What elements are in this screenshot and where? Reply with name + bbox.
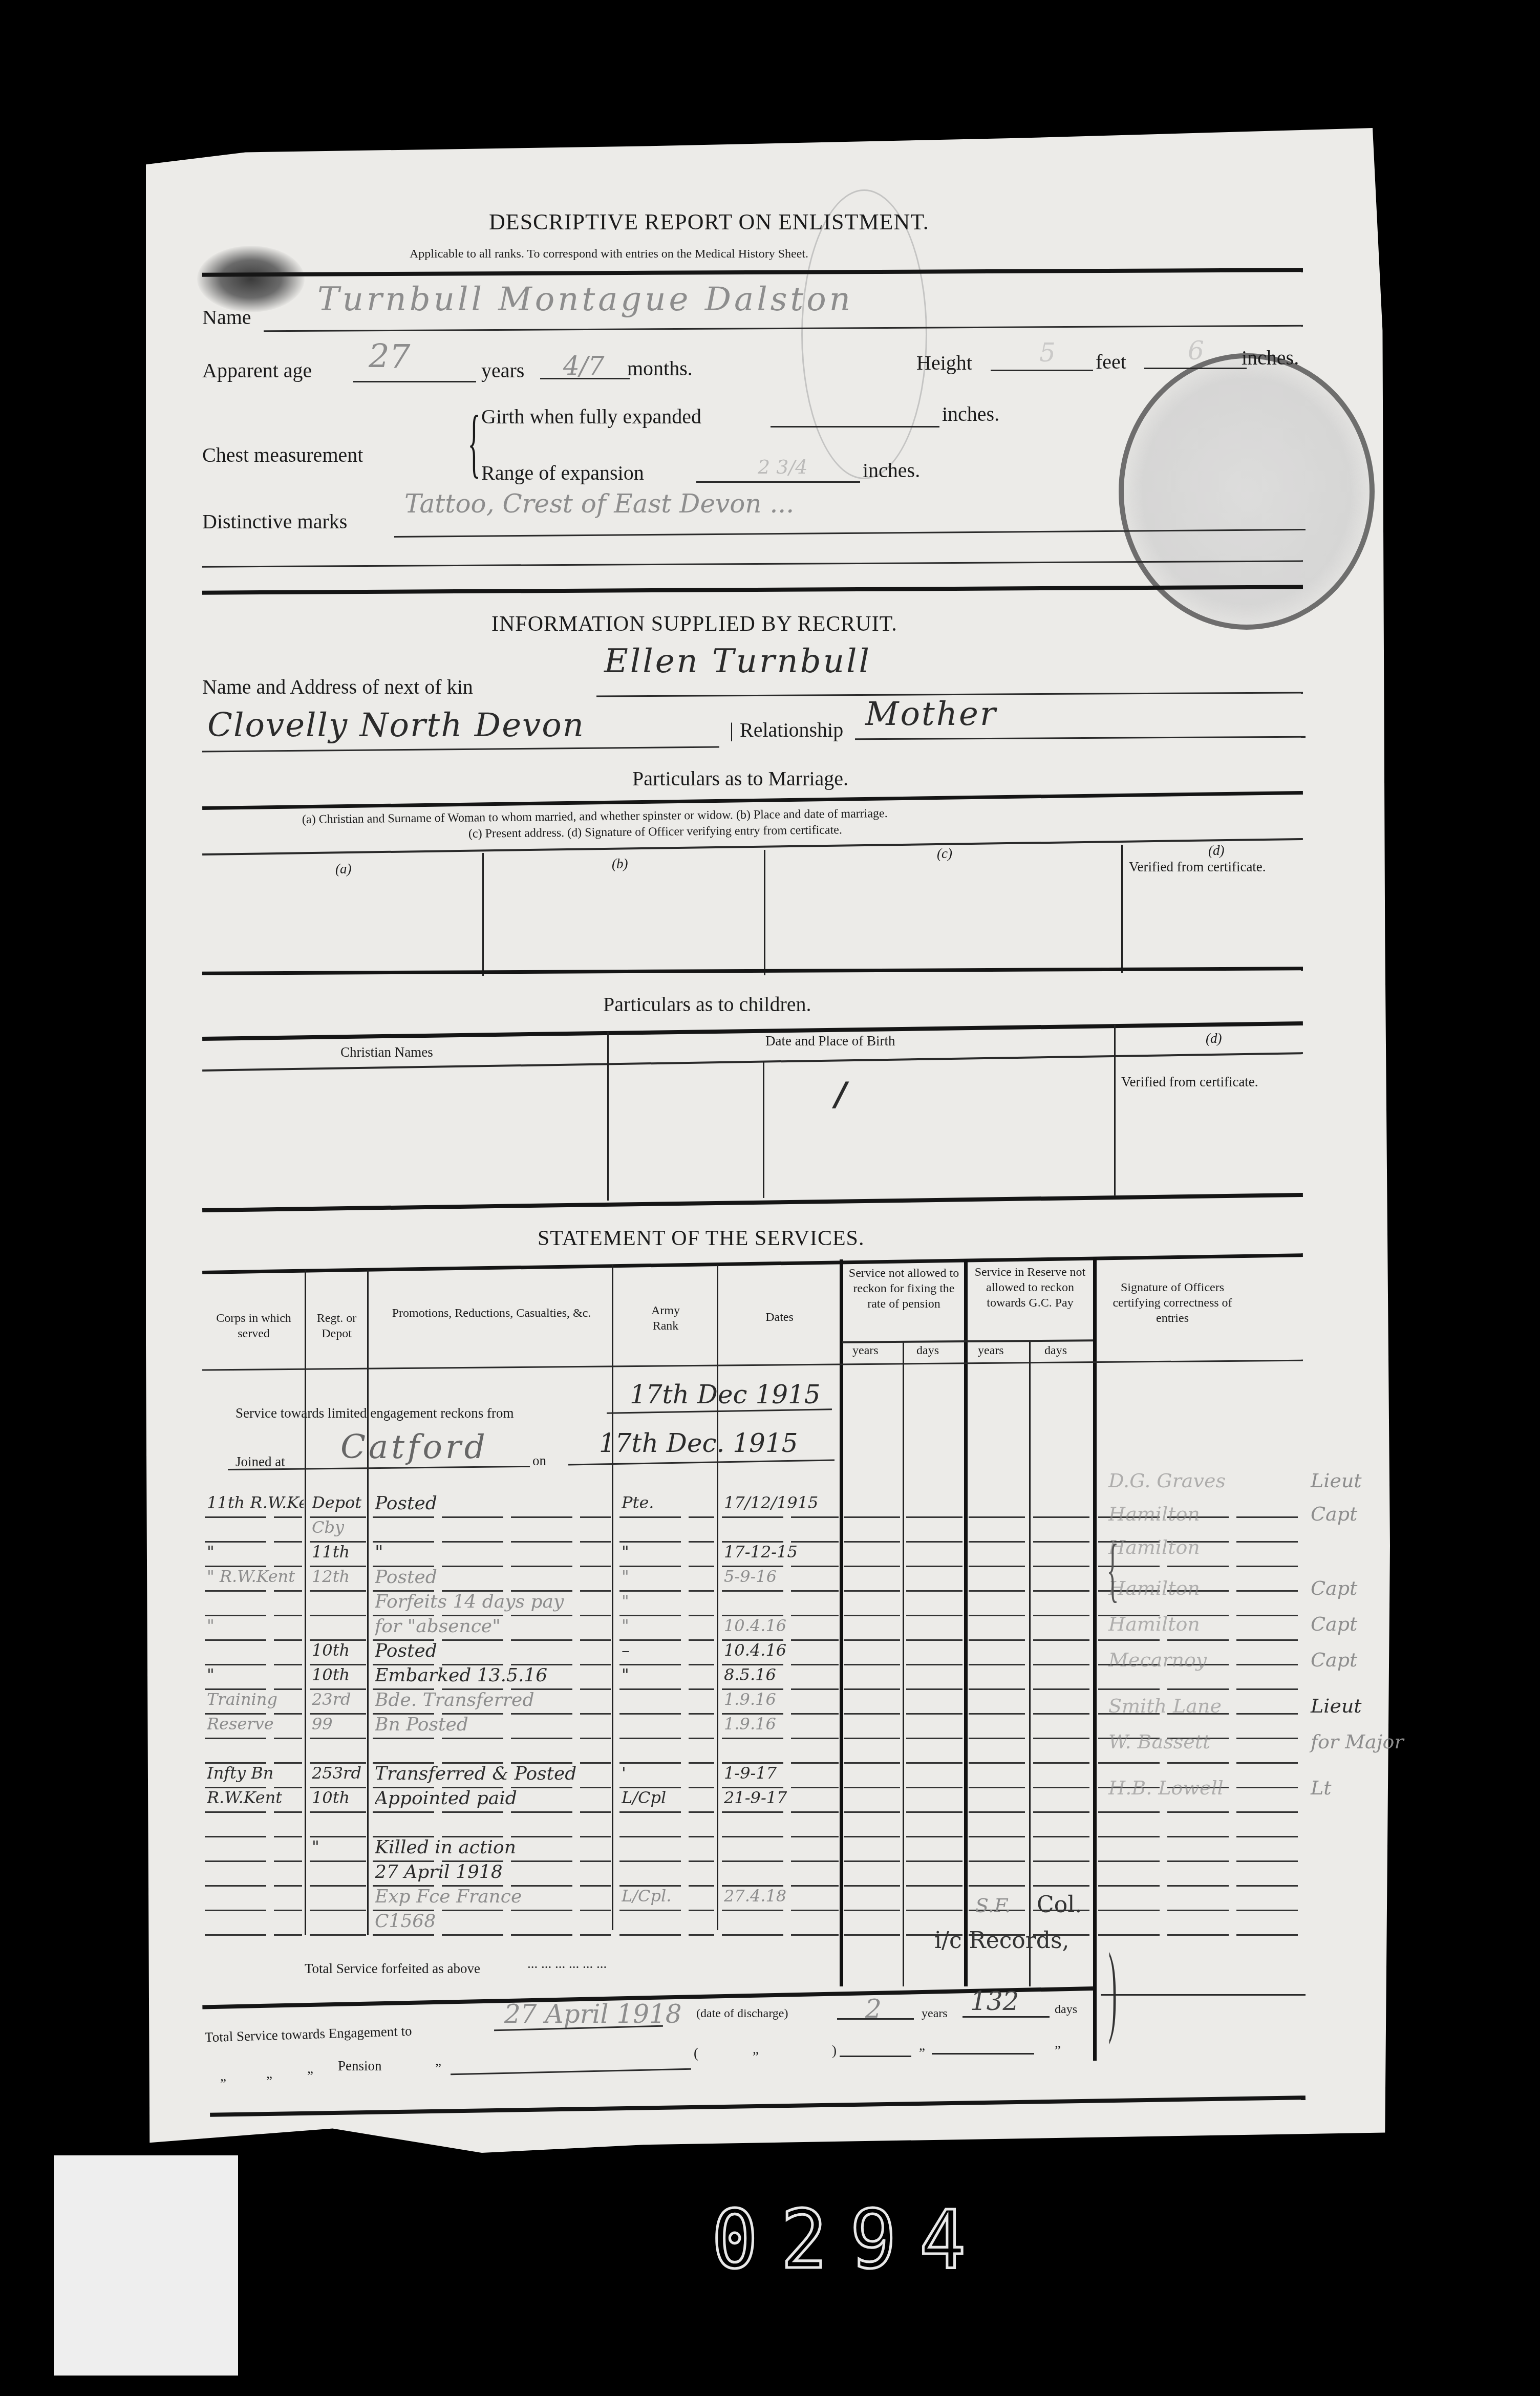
row-rule [906, 1836, 963, 1837]
col-corps: Corps in which served [204, 1311, 304, 1341]
relationship-value: Mother [865, 695, 997, 733]
cell-promo: Bn Posted [375, 1714, 468, 1735]
column-divider [763, 1062, 764, 1198]
pension-paren-open: ( [694, 2045, 698, 2061]
column-divider [607, 1032, 609, 1201]
pension-years-line [840, 2056, 911, 2057]
cell-rank: L/Cpl. [622, 1886, 671, 1906]
cell-promo: for "absence" [375, 1616, 501, 1637]
cell-regt: 10th [312, 1665, 350, 1684]
row-rule [1098, 1910, 1303, 1911]
row-rule [310, 1885, 366, 1887]
children-col-birth: Date and Place of Birth [765, 1033, 895, 1049]
row-rule [205, 1664, 302, 1665]
row-rule [1033, 1738, 1089, 1739]
row-rule [619, 1590, 714, 1592]
pension-label: Pension [338, 2058, 382, 2074]
months-label: months. [627, 356, 693, 380]
officer-signature: Mecarnoy [1108, 1649, 1207, 1671]
cell-date: 27.4.18 [724, 1886, 786, 1906]
children-col-names: Christian Names [340, 1044, 433, 1060]
officer-signature: Hamilton [1108, 1536, 1200, 1558]
cell-regt: 99 [312, 1714, 333, 1734]
col-signature: Signature of Officers certifying correct… [1101, 1280, 1244, 1326]
row-rule [310, 1615, 366, 1616]
cell-regt: 253rd [312, 1763, 361, 1783]
row-rule [205, 1590, 302, 1592]
joined-place: Catford [340, 1428, 488, 1466]
years-label: years [481, 358, 524, 382]
next-of-kin-address: Clovelly North Devon [207, 707, 585, 744]
row-rule [373, 1934, 611, 1936]
row-rule [205, 1516, 302, 1518]
row-rule [1098, 1860, 1303, 1862]
row-rule [844, 1910, 900, 1911]
next-of-kin-label: Name and Address of next of kin [202, 675, 473, 699]
row-rule [1033, 1541, 1089, 1543]
row-rule [844, 1713, 900, 1715]
marriage-verified-label: Verified from certificate. [1129, 859, 1266, 875]
girth-unit: inches. [942, 402, 999, 426]
col-rank: Army Rank [637, 1303, 694, 1334]
row-rule [619, 1516, 714, 1518]
cell-rank: " [622, 1616, 629, 1635]
row-rule [205, 1860, 302, 1862]
cell-date: 17-12-15 [724, 1542, 798, 1561]
row-rule [619, 1811, 714, 1813]
cell-date: 1-9-17 [724, 1763, 777, 1783]
col-days-1: days [916, 1344, 939, 1358]
cell-rank: " [622, 1542, 629, 1561]
film-label-card [54, 2155, 238, 2376]
col-regt: Regt. or Depot [307, 1311, 366, 1341]
cell-date: 10.4.16 [724, 1640, 786, 1660]
row-rule [310, 1590, 366, 1592]
row-rule [619, 1934, 714, 1936]
row-rule [844, 1762, 900, 1764]
cell-rank: " [622, 1567, 629, 1586]
row-rule [205, 1639, 302, 1641]
girth-line [771, 426, 939, 427]
height-feet-line [991, 370, 1093, 371]
cell-corps: " R.W.Kent [207, 1567, 295, 1586]
column-divider [1121, 845, 1123, 973]
row-rule [844, 1664, 900, 1665]
column-divider [612, 1265, 613, 1930]
discharge-label: (date of discharge) [696, 2007, 788, 2021]
row-rule [844, 1688, 900, 1690]
row-rule [844, 1516, 900, 1518]
cell-promo: Embarked 13.5.16 [375, 1665, 547, 1686]
services-header: STATEMENT OF THE SERVICES. [538, 1226, 864, 1251]
row-rule [619, 1566, 714, 1567]
officer-signature: Hamilton [1108, 1577, 1200, 1599]
column-divider [367, 1270, 369, 1935]
row-rule [969, 1664, 1025, 1665]
cell-corps: Infty Bn [207, 1763, 273, 1783]
row-rule [906, 1910, 963, 1911]
row-rule [969, 1885, 1025, 1887]
row-rule [1033, 1590, 1089, 1592]
joined-date: 17th Dec. 1915 [599, 1428, 798, 1458]
row-rule [619, 1860, 714, 1862]
row-rule [969, 1738, 1025, 1739]
row-rule [969, 1762, 1025, 1764]
row-rule [1098, 1639, 1303, 1641]
row-rule [205, 1615, 302, 1616]
stamp-records: i/c Records, [934, 1928, 1070, 1954]
row-rule [906, 1762, 963, 1764]
row-rule [906, 1639, 963, 1641]
col-dates: Dates [722, 1311, 837, 1324]
cell-regt: Cby [312, 1517, 344, 1537]
row-rule [619, 1688, 714, 1690]
row-rule [844, 1860, 900, 1862]
cell-corps: R.W.Kent [207, 1788, 282, 1807]
row-rule [205, 1811, 302, 1813]
row-rule [844, 1885, 900, 1887]
cell-rank: " [622, 1591, 629, 1611]
cell-corps: " [207, 1616, 215, 1635]
signature-brace: { [1107, 1528, 1119, 1611]
officer-title: Capt [1311, 1649, 1357, 1671]
name-label: Name [202, 305, 251, 329]
officer-signature: D.G. Graves [1108, 1469, 1226, 1492]
cell-date: 17/12/1915 [724, 1493, 818, 1512]
row-rule [205, 1836, 302, 1837]
row-rule [844, 1934, 900, 1936]
marks-label: Distinctive marks [202, 509, 347, 533]
row-rule [969, 1860, 1025, 1862]
relationship-label: Relationship [740, 718, 843, 742]
row-rule [619, 1762, 714, 1764]
row-rule [722, 1738, 839, 1739]
cell-promo: Posted [375, 1567, 437, 1588]
cell-promo: Bde. Transferred [375, 1689, 534, 1710]
cell-date: 10.4.16 [724, 1616, 786, 1635]
row-rule [906, 1541, 963, 1543]
total-days-line [963, 2016, 1050, 2018]
row-rule [1033, 1762, 1089, 1764]
ink-stain [197, 246, 305, 312]
row-rule [844, 1639, 900, 1641]
ditto-7: ” [1055, 2043, 1061, 2059]
row-rule [205, 1738, 302, 1739]
cell-rank: " [622, 1665, 629, 1684]
total-days-value: 132 [970, 1986, 1019, 2016]
col-days-2: days [1044, 1344, 1067, 1358]
row-rule [969, 1541, 1025, 1543]
row-rule [310, 1738, 366, 1739]
row-rule [722, 1934, 839, 1936]
marriage-col-b: (b) [612, 856, 628, 872]
row-rule [722, 1910, 839, 1911]
row-rule [373, 1516, 611, 1518]
reckons-value: 17th Dec 1915 [630, 1380, 821, 1409]
row-rule [844, 1590, 900, 1592]
officer-title: for Major [1311, 1730, 1404, 1753]
row-rule [205, 1910, 302, 1911]
row-rule [844, 1615, 900, 1616]
row-rule [619, 1639, 714, 1641]
row-rule [722, 1811, 839, 1813]
row-rule [1098, 1885, 1303, 1887]
row-rule [619, 1615, 714, 1616]
marriage-col-a: (a) [335, 861, 351, 877]
row-rule [969, 1516, 1025, 1518]
row-rule [906, 1688, 963, 1690]
cell-date: 1.9.16 [724, 1689, 776, 1709]
cell-promo: Appointed paid [375, 1788, 517, 1809]
row-rule [619, 1836, 714, 1837]
cell-rank: L/Cpl [622, 1788, 666, 1807]
column-divider [1029, 1341, 1031, 1986]
officer-title: Lieut [1311, 1695, 1362, 1717]
cell-corps: " [207, 1665, 215, 1684]
column-divider [964, 1259, 968, 1986]
children-verified-label: Verified from certificate. [1121, 1074, 1258, 1090]
row-rule [310, 1910, 366, 1911]
row-rule [1033, 1836, 1089, 1837]
row-rule [1098, 1688, 1303, 1690]
cell-promo: 27 April 1918 [375, 1862, 503, 1882]
ditto-2: ” [266, 2073, 272, 2089]
row-rule [969, 1836, 1025, 1837]
range-label: Range of expansion [481, 461, 644, 485]
reckons-label: Service towards limited engagement recko… [236, 1405, 514, 1421]
row-rule [969, 1590, 1025, 1592]
cell-corps: Reserve [207, 1714, 274, 1734]
marks-value: Tattoo, Crest of East Devon ... [404, 489, 794, 519]
girth-label: Girth when fully expanded [481, 404, 701, 429]
column-divider [1114, 1024, 1116, 1195]
cell-rank: – [622, 1640, 630, 1660]
on-label: on [532, 1453, 546, 1469]
cell-date: 5-9-16 [724, 1567, 777, 1586]
marriage-col-c: (c) [937, 846, 952, 862]
cell-promo: Killed in action [375, 1837, 516, 1858]
row-rule [722, 1590, 839, 1592]
cell-rank: ' [622, 1763, 626, 1783]
document-page [146, 128, 1390, 2153]
column-divider [903, 1341, 904, 1986]
cell-regt: " [312, 1837, 319, 1856]
row-rule [310, 1934, 366, 1936]
page-subtitle: Applicable to all ranks. To correspond w… [410, 247, 808, 261]
row-rule [844, 1787, 900, 1788]
marriage-col-d: (d) [1208, 843, 1224, 859]
cell-date: 8.5.16 [724, 1665, 776, 1684]
row-rule [205, 1885, 302, 1887]
row-rule [906, 1787, 963, 1788]
row-rule [1098, 1762, 1303, 1764]
cell-promo: C1568 [375, 1911, 436, 1932]
row-rule [373, 1541, 611, 1543]
signature-total-line [1101, 1994, 1306, 1996]
officer-title: Capt [1311, 1613, 1357, 1635]
recruit-info-header: INFORMATION SUPPLIED BY RECRUIT. [491, 612, 897, 636]
row-rule [906, 1860, 963, 1862]
ditto-6: ” [919, 2045, 925, 2061]
officer-title: Lt [1311, 1777, 1332, 1799]
marriage-header: Particulars as to Marriage. [632, 766, 848, 790]
cell-promo: Exp Fce France [375, 1886, 522, 1907]
chest-label: Chest measurement [202, 443, 363, 467]
range-value: 2 3/4 [758, 456, 807, 478]
row-rule [1033, 1713, 1089, 1715]
frame-number-text: 0294 [712, 2199, 989, 2280]
days-label: days [1055, 2003, 1077, 2017]
range-line [696, 481, 860, 483]
row-rule [205, 1934, 302, 1936]
age-label: Apparent age [202, 358, 312, 382]
frame-number: 0294 [712, 2201, 989, 2278]
officer-signature: Hamilton [1108, 1503, 1200, 1525]
stamp-col: Col. [1037, 1892, 1082, 1918]
col-not-allowed: Service not allowed to reckon for fixing… [844, 1266, 964, 1312]
col-promotions: Promotions, Reductions, Casualties, &c. [374, 1306, 609, 1321]
next-of-kin-name: Ellen Turnbull [604, 643, 871, 680]
cell-promo: Forfeits 14 days pay [375, 1591, 564, 1612]
pension-paren-close: ) [832, 2043, 837, 2059]
pension-days-line [932, 2053, 1034, 2055]
cell-regt: 12th [312, 1567, 350, 1586]
row-rule [373, 1811, 611, 1813]
col-years-2: years [978, 1344, 1004, 1358]
chest-brace: { [467, 404, 480, 481]
row-rule [969, 1787, 1025, 1788]
children-entry-mark: / [835, 1075, 846, 1114]
row-rule [969, 1713, 1025, 1715]
row-rule [619, 1541, 714, 1543]
col-years-1: years [852, 1344, 879, 1358]
height-inches-line [1144, 368, 1247, 369]
column-divider [764, 850, 765, 975]
officer-title: Capt [1311, 1503, 1357, 1525]
row-rule [844, 1836, 900, 1837]
row-rule [205, 1541, 302, 1543]
stamp-brace: ) [1108, 1930, 1117, 2047]
row-rule [906, 1590, 963, 1592]
total-to-value: 27 April 1918 [504, 1999, 682, 2029]
row-rule [969, 1688, 1025, 1690]
separator: | [730, 718, 734, 742]
row-rule [1033, 1885, 1089, 1887]
row-rule [844, 1738, 900, 1739]
officer-signature: H.B. Lowell [1108, 1777, 1224, 1799]
row-rule [1098, 1566, 1303, 1567]
cell-regt: 10th [312, 1640, 350, 1660]
height-label: Height [916, 351, 972, 375]
name-value: Turnbull Montague Dalston [317, 281, 853, 318]
cell-regt: 10th [312, 1788, 350, 1807]
row-rule [619, 1910, 714, 1911]
row-rule [1033, 1566, 1089, 1567]
row-rule [906, 1566, 963, 1567]
row-rule [310, 1811, 366, 1813]
row-rule [969, 1615, 1025, 1616]
row-rule [906, 1615, 963, 1616]
officer-signature: Hamilton [1108, 1613, 1200, 1635]
row-rule [844, 1566, 900, 1567]
column-divider [840, 1259, 843, 1986]
row-rule [1098, 1934, 1303, 1936]
age-years-value: 27 [369, 338, 410, 376]
row-rule [906, 1738, 963, 1739]
cell-corps: " [207, 1542, 215, 1561]
row-rule [906, 1664, 963, 1665]
cell-promo: Posted [375, 1640, 437, 1661]
officer-signature: Smith Lane [1108, 1695, 1222, 1717]
cell-promo: Transferred & Posted [375, 1763, 576, 1784]
children-col-d: (d) [1206, 1031, 1222, 1046]
row-rule [1033, 1811, 1089, 1813]
height-inches-value: 6 [1188, 336, 1204, 366]
page-title: DESCRIPTIVE REPORT ON ENLISTMENT. [489, 209, 929, 235]
cell-regt: 11th [312, 1542, 350, 1561]
row-rule [722, 1860, 839, 1862]
row-rule [906, 1885, 963, 1887]
row-rule [906, 1713, 963, 1715]
ditto-1: ” [220, 2076, 226, 2092]
forfeited-label: Total Service forfeited as above [305, 1961, 480, 1977]
row-rule [844, 1541, 900, 1543]
row-rule [969, 1566, 1025, 1567]
cell-promo: " [375, 1542, 383, 1563]
row-rule [1033, 1639, 1089, 1641]
row-rule [1098, 1811, 1303, 1813]
cell-rank: Pte. [622, 1493, 654, 1512]
joined-label: Joined at [236, 1454, 285, 1470]
cell-corps: 11th R.W.Kent [207, 1493, 304, 1512]
cell-promo: Posted [375, 1493, 437, 1514]
ditto-4: ” [435, 2061, 441, 2077]
officer-signature: W. Bassett [1108, 1730, 1210, 1753]
stamp-initials: S.F. [975, 1894, 1011, 1917]
feet-label: feet [1096, 350, 1126, 374]
total-years-line [837, 2018, 914, 2020]
cell-regt: 23rd [312, 1689, 351, 1709]
column-divider [1093, 1257, 1097, 2061]
officer-title: Capt [1311, 1577, 1357, 1599]
ditto-3: ” [307, 2068, 313, 2084]
row-rule [1033, 1688, 1089, 1690]
forfeited-dots: ... ... ... ... ... ... [527, 1956, 607, 1972]
row-rule [1033, 1615, 1089, 1616]
row-rule [969, 1639, 1025, 1641]
age-months-value: 4/7 [563, 351, 604, 381]
children-header: Particulars as to children. [603, 992, 811, 1016]
years-label: years [922, 2007, 948, 2021]
row-rule [906, 1516, 963, 1518]
row-rule [1033, 1516, 1089, 1518]
cell-corps: Training [207, 1689, 277, 1709]
row-rule [722, 1516, 839, 1518]
row-rule [1098, 1836, 1303, 1837]
height-feet-value: 5 [1039, 338, 1056, 368]
age-years-line [353, 381, 476, 382]
row-rule [619, 1713, 714, 1715]
cell-date: 1.9.16 [724, 1714, 776, 1734]
inches-label: inches. [1242, 346, 1299, 370]
row-rule [310, 1860, 366, 1862]
row-rule [906, 1811, 963, 1813]
column-divider [482, 853, 484, 976]
row-rule [619, 1738, 714, 1739]
row-rule [1033, 1664, 1089, 1665]
officer-title: Lieut [1311, 1469, 1362, 1492]
ditto-5: ” [753, 2049, 759, 2065]
